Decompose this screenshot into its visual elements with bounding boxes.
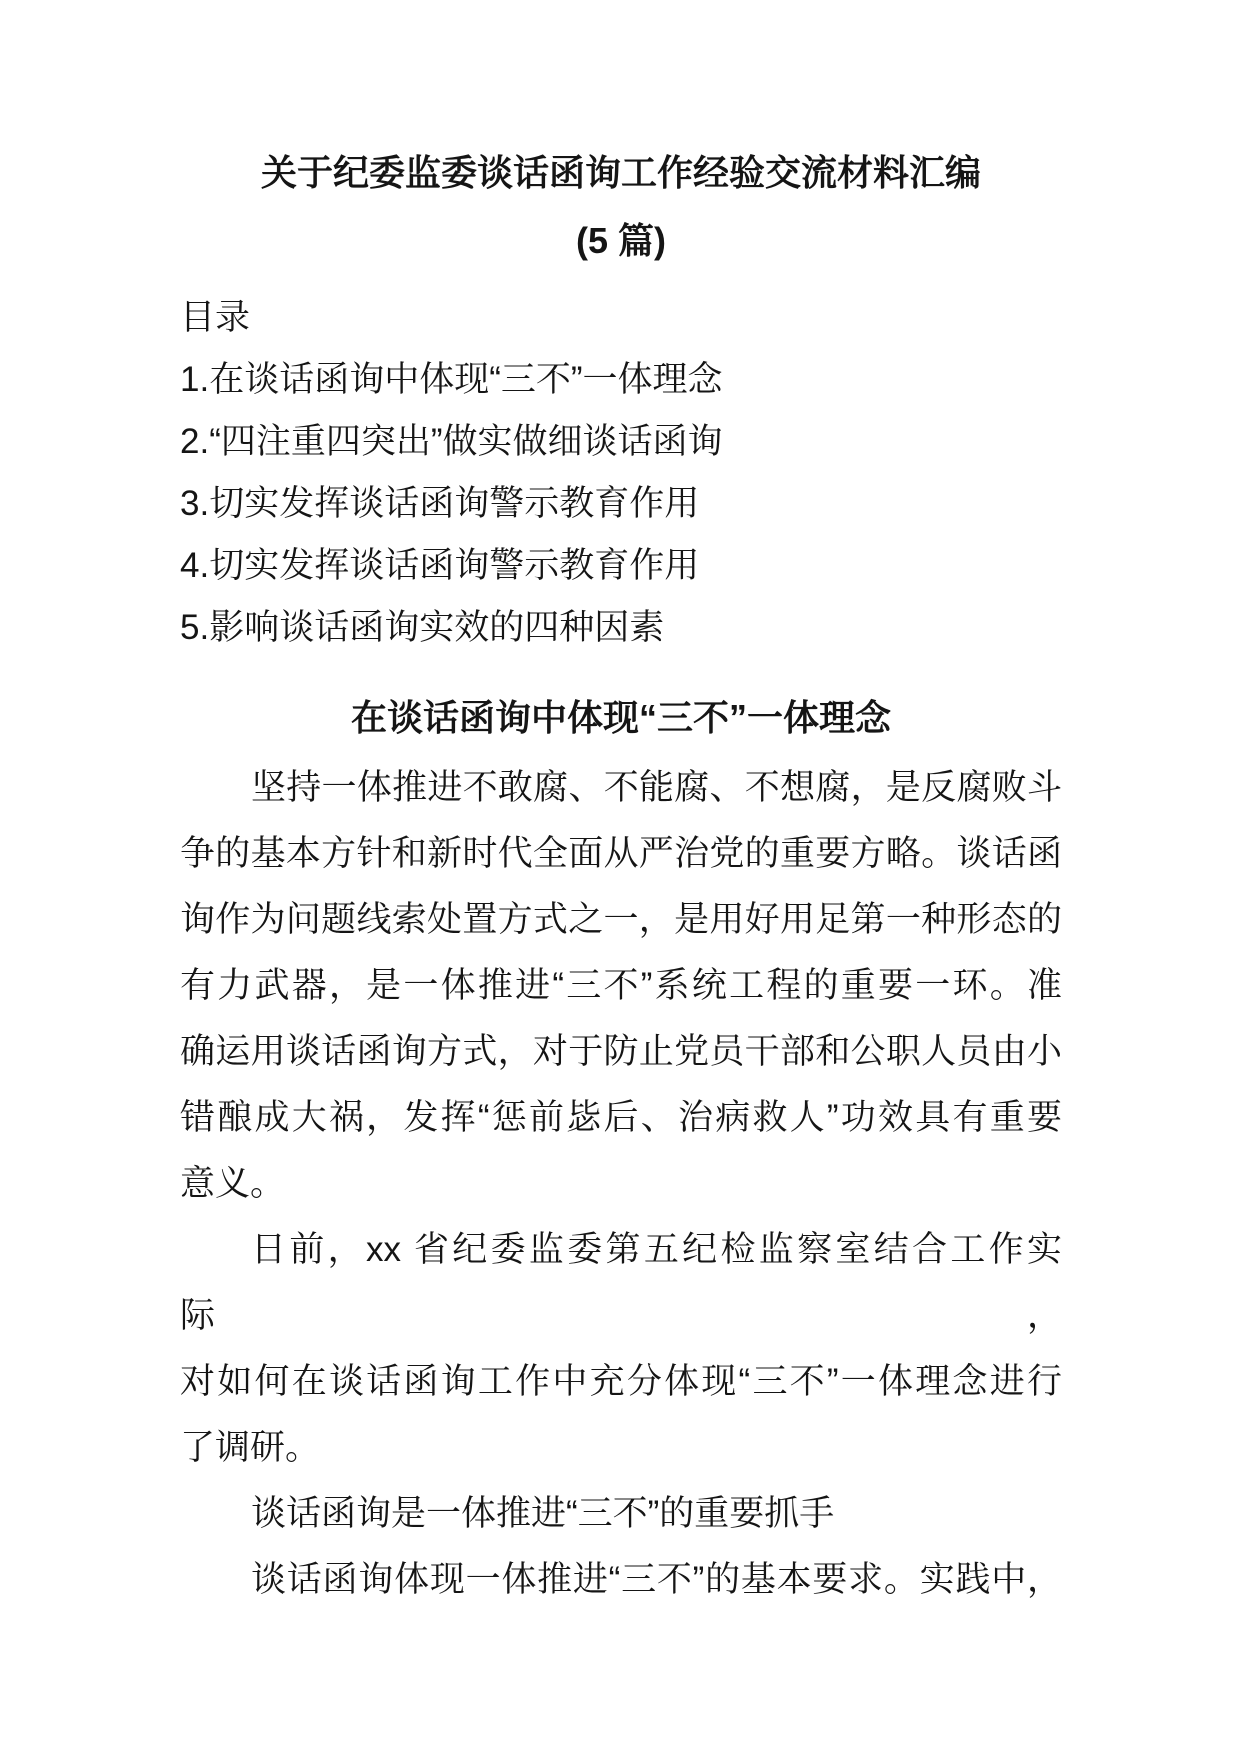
toc-item-4: 4.切实发挥谈话函询警示教育作用 bbox=[180, 535, 1062, 597]
body-line: 错酿成大祸，发挥“惩前毖后、治病救人”功效具有重要 bbox=[180, 1085, 1062, 1151]
body-text: 坚持一体推进不敢腐、不能腐、不想腐，是反腐败斗 争的基本方针和新时代全面从严治党… bbox=[180, 755, 1062, 1613]
body-line: 争的基本方针和新时代全面从严治党的重要方略。谈话函 bbox=[180, 821, 1062, 887]
body-line: 谈话函询体现一体推进“三不”的基本要求。实践中， bbox=[180, 1547, 1062, 1613]
body-line: 有力武器，是一体推进“三不”系统工程的重要一环。准 bbox=[180, 953, 1062, 1019]
toc-label: 目录 bbox=[180, 287, 1062, 349]
body-line: 询作为问题线索处置方式之一，是用好用足第一种形态的 bbox=[180, 887, 1062, 953]
document-subtitle: (5 篇) bbox=[180, 218, 1062, 264]
body-line: 意义。 bbox=[180, 1151, 1062, 1217]
body-line: 了调研。 bbox=[180, 1415, 1062, 1481]
body-line: 谈话函询是一体推进“三不”的重要抓手 bbox=[180, 1481, 1062, 1547]
toc-item-5: 5.影响谈话函询实效的四种因素 bbox=[180, 597, 1062, 659]
body-line: 确运用谈话函询方式，对于防止党员干部和公职人员由小 bbox=[180, 1019, 1062, 1085]
body-line: 对如何在谈话函询工作中充分体现“三不”一体理念进行 bbox=[180, 1349, 1062, 1415]
toc-item-2: 2.“四注重四突出”做实做细谈话函询 bbox=[180, 411, 1062, 473]
document-content: 关于纪委监委谈话函询工作经验交流材料汇编 (5 篇) 目录 1.在谈话函询中体现… bbox=[180, 0, 1062, 1613]
document-title: 关于纪委监委谈话函询工作经验交流材料汇编 bbox=[180, 150, 1062, 196]
table-of-contents: 目录 1.在谈话函询中体现“三不”一体理念 2.“四注重四突出”做实做细谈话函询… bbox=[180, 287, 1062, 659]
document-page: 关于纪委监委谈话函询工作经验交流材料汇编 (5 篇) 目录 1.在谈话函询中体现… bbox=[0, 0, 1240, 1754]
toc-item-1: 1.在谈话函询中体现“三不”一体理念 bbox=[180, 349, 1062, 411]
section-heading: 在谈话函询中体现“三不”一体理念 bbox=[180, 685, 1062, 751]
toc-item-3: 3.切实发挥谈话函询警示教育作用 bbox=[180, 473, 1062, 535]
body-line: 日前，xx 省纪委监委第五纪检监察室结合工作实际， bbox=[180, 1217, 1062, 1349]
body-line: 坚持一体推进不敢腐、不能腐、不想腐，是反腐败斗 bbox=[180, 755, 1062, 821]
